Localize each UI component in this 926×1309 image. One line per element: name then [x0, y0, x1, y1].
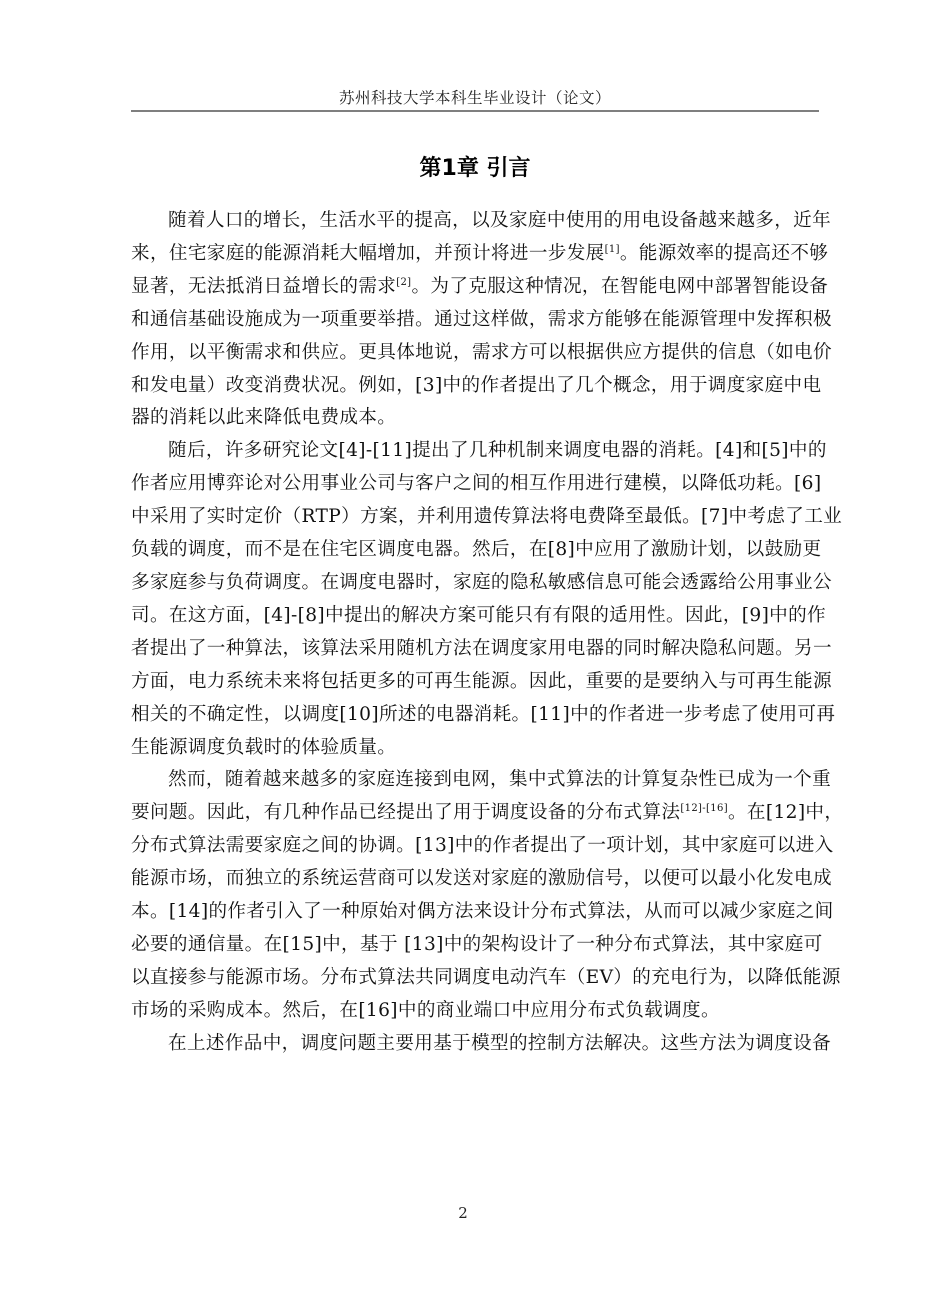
text-run: 本。[14]的作者引入了一种原始对偶方法来设计分布式算法，从而可以减少家庭之间 — [131, 901, 834, 922]
text-run: 和通信基础设施成为一项重要举措。通过这样做，需求方能够在能源管理中发挥积极 — [131, 309, 832, 330]
text-run: 要问题。因此，有几种作品已经提出了用于调度设备的分布式算法 — [131, 802, 680, 823]
text-run: 市场的采购成本。然后，在[16]中的商业端口中应用分布式负载调度。 — [131, 1000, 720, 1021]
text-run: 。在[12]中， — [728, 802, 843, 823]
text-line: 中采用了实时定价（RTP）方案，并利用遗传算法将电费降至最低。[7]中考虑了工业 — [131, 501, 819, 534]
text-line: 然而，随着越来越多的家庭连接到电网，集中式算法的计算复杂性已成为一个重 — [131, 764, 819, 797]
text-line: 作用，以平衡需求和供应。更具体地说，需求方可以根据供应方提供的信息（如电价 — [131, 337, 819, 370]
text-run: 中采用了实时定价（RTP）方案，并利用遗传算法将电费降至最低。[7]中考虑了工业 — [131, 506, 842, 527]
running-header: 苏州科技大学本科生毕业设计（论文） — [131, 86, 819, 108]
text-run: 作用，以平衡需求和供应。更具体地说，需求方可以根据供应方提供的信息（如电价 — [131, 342, 832, 363]
text-line: 必要的通信量。在[15]中，基于 [13]中的架构设计了一种分布式算法，其中家庭… — [131, 929, 819, 962]
paragraph: 然而，随着越来越多的家庭连接到电网，集中式算法的计算复杂性已成为一个重要问题。因… — [131, 764, 819, 1027]
paragraph: 随着人口的增长，生活水平的提高，以及家庭中使用的用电设备越来越多，近年来，住宅家… — [131, 205, 819, 435]
text-run: 器的消耗以此来降低电费成本。 — [131, 407, 396, 428]
text-line: 作者应用博弈论对公用事业公司与客户之间的相互作用进行建模，以降低功耗。[6] — [131, 468, 819, 501]
citation-superscript: [12]-[16] — [680, 803, 728, 814]
text-line: 多家庭参与负荷调度。在调度电器时，家庭的隐私敏感信息可能会透露给公用事业公 — [131, 567, 819, 600]
text-run: 负载的调度，而不是在住宅区调度电器。然后，在[8]中应用了激励计划，以鼓励更 — [131, 539, 821, 560]
chapter-title: 第1章 引言 — [131, 151, 819, 182]
text-run: 显著，无法抵消日益增长的需求 — [131, 276, 396, 297]
text-run: 和发电量）改变消费状况。例如，[3]中的作者提出了几个概念，用于调度家庭中电 — [131, 375, 821, 396]
citation-superscript: [2] — [396, 277, 411, 288]
text-line: 和发电量）改变消费状况。例如，[3]中的作者提出了几个概念，用于调度家庭中电 — [131, 370, 819, 403]
text-run: 然而，随着越来越多的家庭连接到电网，集中式算法的计算复杂性已成为一个重 — [168, 769, 831, 790]
text-run: 者提出了一种算法，该算法采用随机方法在调度家用电器的同时解决隐私问题。另一 — [131, 638, 832, 659]
text-line: 来，住宅家庭的能源消耗大幅增加，并预计将进一步发展[1]。能源效率的提高还不够 — [131, 238, 819, 271]
text-run: 生能源调度负载时的体验质量。 — [131, 737, 396, 758]
text-run: 随着人口的增长，生活水平的提高，以及家庭中使用的用电设备越来越多，近年 — [168, 210, 831, 231]
text-line: 方面，电力系统未来将包括更多的可再生能源。因此，重要的是要纳入与可再生能源 — [131, 666, 819, 699]
text-line: 随着人口的增长，生活水平的提高，以及家庭中使用的用电设备越来越多，近年 — [131, 205, 819, 238]
text-line: 在上述作品中，调度问题主要用基于模型的控制方法解决。这些方法为调度设备 — [131, 1028, 819, 1061]
text-run: 在上述作品中，调度问题主要用基于模型的控制方法解决。这些方法为调度设备 — [168, 1033, 831, 1054]
text-run: 司。在这方面，[4]-[8]中提出的解决方案可能只有有限的适用性。因此，[9]中… — [131, 605, 826, 626]
text-run: 作者应用博弈论对公用事业公司与客户之间的相互作用进行建模，以降低功耗。[6] — [131, 473, 821, 494]
text-line: 要问题。因此，有几种作品已经提出了用于调度设备的分布式算法[12]-[16]。在… — [131, 797, 819, 830]
text-line: 者提出了一种算法，该算法采用随机方法在调度家用电器的同时解决隐私问题。另一 — [131, 633, 819, 666]
text-run: 能源市场，而独立的系统运营商可以发送对家庭的激励信号，以便可以最小化发电成 — [131, 868, 832, 889]
paragraph: 随后，许多研究论文[4]-[11]提出了几种机制来调度电器的消耗。[4]和[5]… — [131, 435, 819, 764]
text-line: 本。[14]的作者引入了一种原始对偶方法来设计分布式算法，从而可以减少家庭之间 — [131, 896, 819, 929]
page-number: 2 — [0, 1204, 926, 1222]
text-run: 相关的不确定性，以调度[10]所述的电器消耗。[11]中的作者进一步考虑了使用可… — [131, 704, 835, 725]
text-line: 司。在这方面，[4]-[8]中提出的解决方案可能只有有限的适用性。因此，[9]中… — [131, 600, 819, 633]
text-run: 以直接参与能源市场。分布式算法共同调度电动汽车（EV）的充电行为，以降低能源 — [131, 967, 841, 988]
text-line: 负载的调度，而不是在住宅区调度电器。然后，在[8]中应用了激励计划，以鼓励更 — [131, 534, 819, 567]
text-run: 。能源效率的提高还不够 — [620, 243, 828, 264]
text-run: 必要的通信量。在[15]中，基于 [13]中的架构设计了一种分布式算法，其中家庭… — [131, 934, 823, 955]
text-line: 和通信基础设施成为一项重要举措。通过这样做，需求方能够在能源管理中发挥积极 — [131, 304, 819, 337]
text-line: 随后，许多研究论文[4]-[11]提出了几种机制来调度电器的消耗。[4]和[5]… — [131, 435, 819, 468]
text-run: 方面，电力系统未来将包括更多的可再生能源。因此，重要的是要纳入与可再生能源 — [131, 671, 832, 692]
header-divider — [131, 110, 819, 112]
text-run: 随后，许多研究论文[4]-[11]提出了几种机制来调度电器的消耗。[4]和[5]… — [168, 440, 827, 461]
text-line: 生能源调度负载时的体验质量。 — [131, 732, 819, 765]
text-line: 以直接参与能源市场。分布式算法共同调度电动汽车（EV）的充电行为，以降低能源 — [131, 962, 819, 995]
document-body: 随着人口的增长，生活水平的提高，以及家庭中使用的用电设备越来越多，近年来，住宅家… — [131, 205, 819, 1061]
paragraph: 在上述作品中，调度问题主要用基于模型的控制方法解决。这些方法为调度设备 — [131, 1028, 819, 1061]
citation-superscript: [1] — [605, 244, 620, 255]
text-line: 市场的采购成本。然后，在[16]中的商业端口中应用分布式负载调度。 — [131, 995, 819, 1028]
text-run: 分布式算法需要家庭之间的协调。[13]中的作者提出了一项计划，其中家庭可以进入 — [131, 835, 834, 856]
text-run: 。为了克服这种情况，在智能电网中部署智能设备 — [411, 276, 828, 297]
text-line: 显著，无法抵消日益增长的需求[2]。为了克服这种情况，在智能电网中部署智能设备 — [131, 271, 819, 304]
text-line: 能源市场，而独立的系统运营商可以发送对家庭的激励信号，以便可以最小化发电成 — [131, 863, 819, 896]
text-line: 分布式算法需要家庭之间的协调。[13]中的作者提出了一项计划，其中家庭可以进入 — [131, 830, 819, 863]
text-run: 来，住宅家庭的能源消耗大幅增加，并预计将进一步发展 — [131, 243, 605, 264]
text-line: 相关的不确定性，以调度[10]所述的电器消耗。[11]中的作者进一步考虑了使用可… — [131, 699, 819, 732]
text-run: 多家庭参与负荷调度。在调度电器时，家庭的隐私敏感信息可能会透露给公用事业公 — [131, 572, 832, 593]
text-line: 器的消耗以此来降低电费成本。 — [131, 402, 819, 435]
